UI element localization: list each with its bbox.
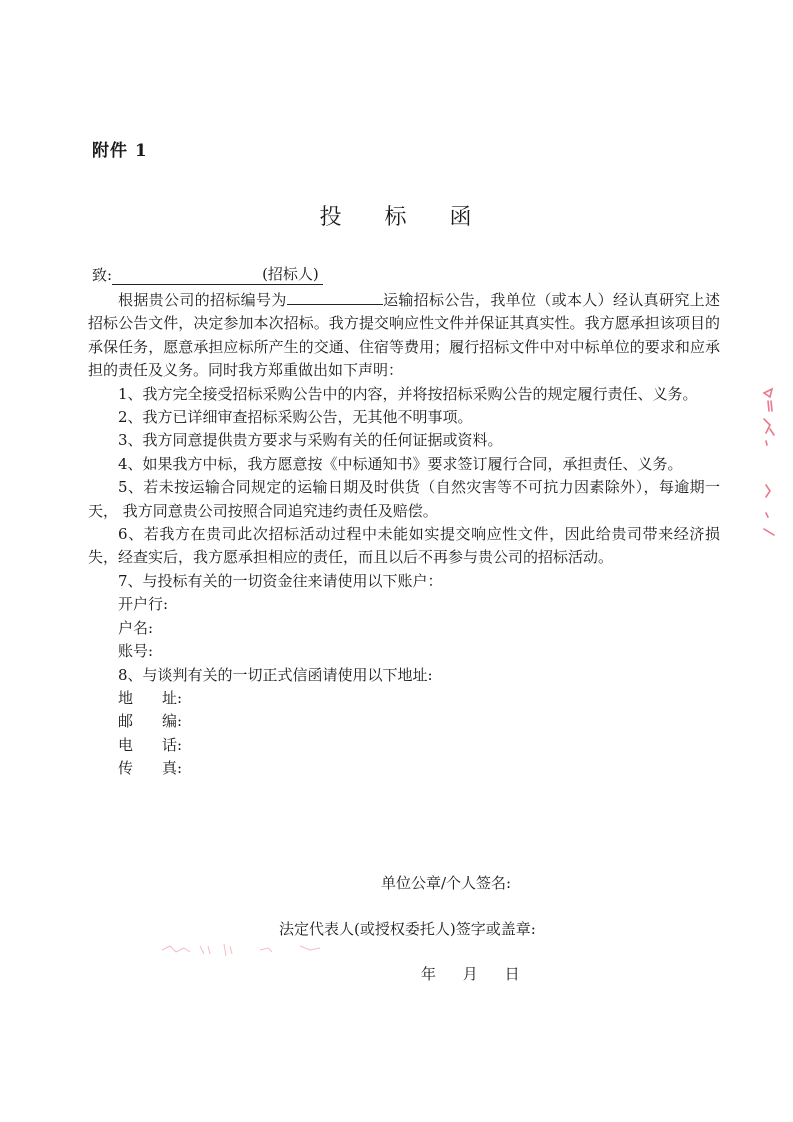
date-day: 日: [505, 965, 520, 983]
seal-signature-label: 单位公章/个人签名:: [381, 872, 511, 893]
field-account-number: 账号:: [88, 640, 720, 663]
document-page: 附件 1 投 标 函 致: (招标人) 根据贵公司的招标编号为运输招标公告，我单…: [0, 0, 793, 1122]
field-postcode: 邮编:: [88, 710, 720, 733]
addressee-line: 致: (招标人): [92, 264, 323, 285]
addressee-suffix: (招标人): [262, 263, 323, 284]
intro-part1: 根据贵公司的招标编号为: [118, 291, 287, 309]
field-fax: 传真:: [88, 757, 720, 780]
addressee-blank[interactable]: (招标人): [112, 266, 323, 285]
stamp-bleed-mark-icon: [760, 385, 780, 545]
intro-paragraph: 根据贵公司的招标编号为运输招标公告，我单位（或本人）经认真研究上述招标公告文件，…: [88, 289, 720, 383]
document-body: 根据贵公司的招标编号为运输招标公告，我单位（或本人）经认真研究上述招标公告文件，…: [88, 289, 720, 781]
date-year: 年: [421, 965, 436, 983]
faint-stamp-icon: [160, 940, 330, 960]
attachment-label: 附件 1: [92, 136, 148, 161]
field-address: 地址:: [88, 687, 720, 710]
field-bank: 开户行:: [88, 593, 720, 616]
field-phone: 电话:: [88, 734, 720, 757]
field-account-name: 户名:: [88, 617, 720, 640]
representative-signature-label: 法定代表人(或授权委托人)签字或盖章:: [279, 918, 536, 939]
signature-date: 年 月 日: [421, 963, 520, 984]
clause-3: 3、我方同意提供贵方要求与采购有关的任何证据或资料。: [88, 429, 720, 452]
clause-4: 4、如果我方中标，我方愿意按《中标通知书》要求签订履行合同，承担责任、义务。: [88, 453, 720, 476]
clause-6: 6、若我方在贵司此次招标活动过程中未能如实提交响应性文件，因此给贵司带来经济损失…: [88, 523, 720, 570]
tender-number-blank[interactable]: [287, 290, 383, 305]
clause-8: 8、与谈判有关的一切正式信函请使用以下地址:: [88, 664, 720, 687]
addressee-prefix: 致:: [92, 264, 112, 285]
date-month: 月: [463, 965, 478, 983]
clause-7: 7、与投标有关的一切资金往来请使用以下账户：: [88, 570, 720, 593]
clause-5: 5、若未按运输合同规定的运输日期及时供货（自然灾害等不可抗力因素除外），每逾期一…: [88, 476, 720, 523]
clause-2: 2、我方已详细审查招标采购公告，无其他不明事项。: [88, 406, 720, 429]
clause-1: 1、我方完全接受招标采购公告中的内容，并将按招标采购公告的规定履行责任、义务。: [88, 383, 720, 406]
document-title: 投 标 函: [0, 200, 793, 231]
